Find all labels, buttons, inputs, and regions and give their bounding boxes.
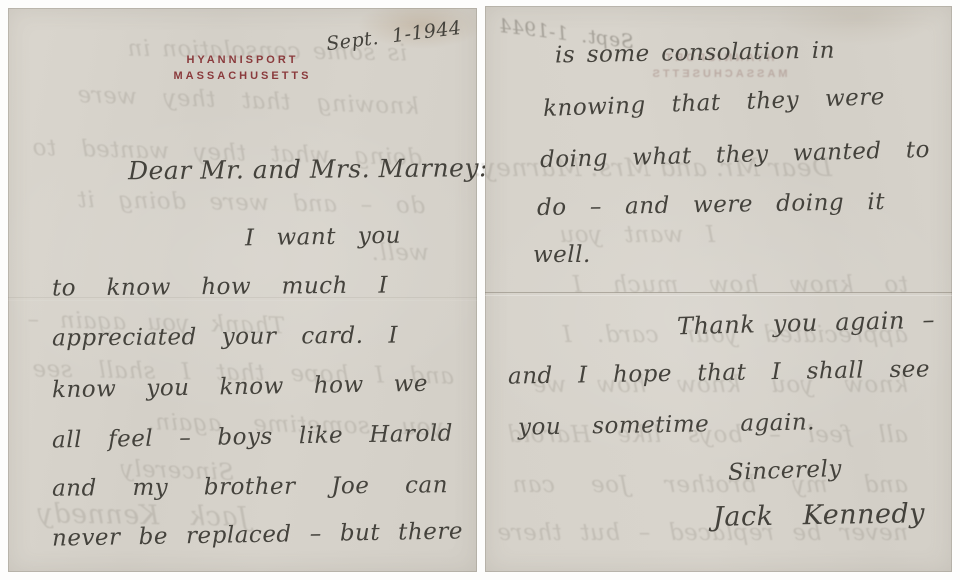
salutation-line: Dear Mr. and Mrs. Marney:: [128, 155, 424, 186]
letter-line: and my brother Joe can: [52, 472, 448, 502]
letter-line: never be replaced – but there: [52, 518, 463, 552]
letter-line: all feel – boys like Harold: [52, 421, 453, 454]
letter-line: appreciated your card. I: [52, 322, 398, 351]
letter-line: know you know how we: [52, 371, 428, 404]
fold-crease: [8, 297, 477, 301]
letter-scan: { "colors":{ "background":"#fdfdfc", "pa…: [0, 0, 960, 580]
letterhead-state: MASSACHUSETTS: [8, 70, 477, 82]
closing-line: Sincerely: [728, 456, 836, 486]
ghost-line: and my brother Joe can: [512, 472, 908, 498]
ghost-line: knowing that they were: [77, 82, 420, 120]
ghost-line: do – and were doing it: [77, 187, 425, 220]
letter-line: Thank you again –: [677, 307, 936, 341]
letter-line: knowing that they were: [543, 84, 886, 122]
letter-line: is some consolation in: [555, 38, 835, 69]
letter-line: I want you: [245, 223, 401, 252]
letter-line: you sometime again.: [518, 409, 815, 441]
ghost-letterhead-state: MASSACHUSETTS: [485, 68, 952, 80]
letter-page-1: is some consolation in knowing that they…: [8, 8, 477, 572]
signature: Jack Kennedy: [713, 498, 926, 533]
letter-date: Sept. 1-1944: [325, 18, 463, 56]
letter-line: doing what they wanted to: [540, 137, 931, 174]
letterhead-city: HYANNISPORT: [8, 54, 477, 66]
letter-line: and I hope that I shall see: [508, 356, 930, 390]
letter-page-2: Sept. 1-1944 HYANNISPORT MASSACHUSETTS D…: [485, 6, 952, 572]
letter-line: well.: [533, 242, 595, 268]
letter-line: do – and were doing it: [537, 189, 885, 222]
fold-crease: [485, 292, 952, 296]
